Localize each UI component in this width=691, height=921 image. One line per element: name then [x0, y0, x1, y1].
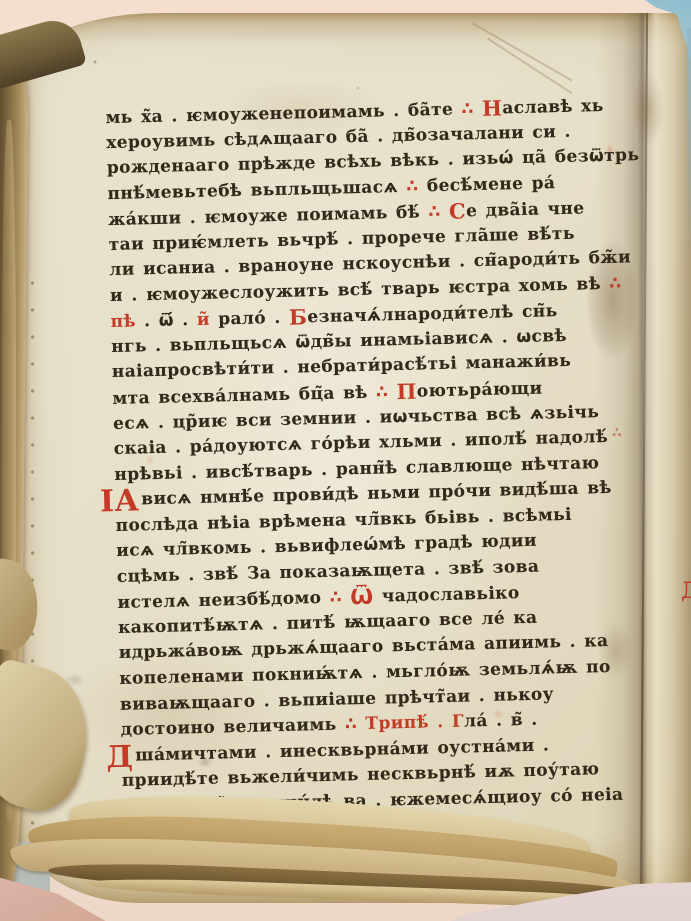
teal-backdrop-sliver — [687, 28, 691, 263]
ink-text: езначѧ́лнароди́телѣ сн̃ь — [307, 302, 558, 328]
ink-text: е два̃іа чне — [466, 199, 585, 222]
ink-text: . ѿ́ . — [136, 310, 198, 331]
rubric-text: Б — [289, 305, 308, 330]
rubric-text: ∴ — [376, 382, 397, 402]
photo-of-manuscript-page: мь х̃а . ѥмоуженепоимамь . ба̃те ∴ Насла… — [0, 0, 691, 921]
ink-text: мта всехва́лнамь бц̃а вѣ — [112, 383, 376, 409]
rubric-text: ∴ — [609, 273, 622, 293]
backdrop-wall — [0, 0, 691, 13]
rubric-text: П — [396, 379, 417, 404]
ink-text: чадославьіко — [373, 584, 519, 608]
clipped-rubric-initial: Д — [681, 578, 691, 604]
rubric-text: ∴ — [461, 99, 482, 119]
rubric-text: ∴ — [406, 176, 427, 196]
rubric-text: ∴ — [329, 588, 350, 608]
manuscript-text: мь х̃а . ѥмоуженепоимамь . ба̃те ∴ Насла… — [105, 93, 614, 820]
ink-text: бесѣ́мене ра́ — [427, 173, 556, 196]
ink-text: ла́ . в̃ . — [464, 710, 538, 732]
ink-text: истелѧ неизбѣ́домо — [117, 588, 330, 613]
faded-ornament-mark: ∴ — [612, 425, 622, 441]
ink-text: аславѣ хь — [502, 96, 604, 118]
ink-text: рало́ . — [210, 308, 290, 330]
rubric-text: ∴ Трипѣ́ . Г — [345, 712, 465, 735]
rubric-text: ∴ — [428, 202, 449, 222]
ink-text: пнѣ́мевьтебѣ вьпльщьшасѧ — [107, 176, 406, 203]
rubric-text: пѣ — [110, 312, 136, 333]
rubric-text: Ѿ — [350, 584, 374, 610]
ink-text: оютьра́ющи — [417, 379, 543, 402]
rubric-text: Н — [482, 95, 503, 120]
rubric-text: и̃ — [197, 310, 211, 330]
ink-text: достоино величаимь — [120, 715, 345, 740]
rubric-text: С — [449, 199, 467, 224]
